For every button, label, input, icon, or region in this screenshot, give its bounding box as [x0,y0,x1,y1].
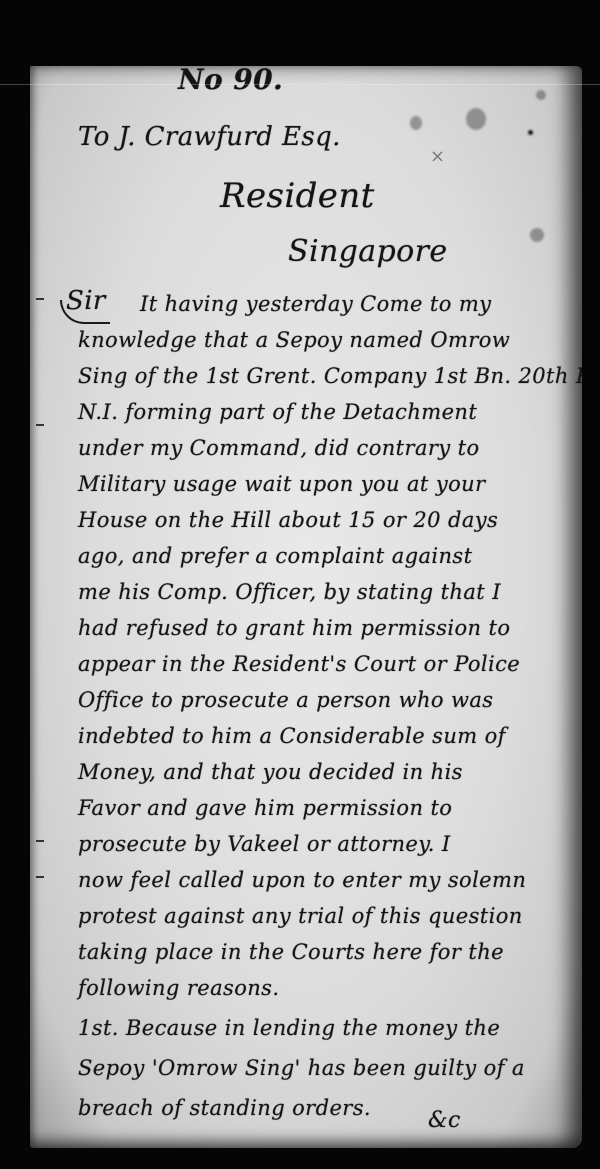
margin-tick [36,840,44,842]
body-line-19: taking place in the Courts here for the [78,940,582,964]
body-line-3: Sing of the 1st Grent. Company 1st Bn. 2… [78,364,582,388]
addressee-line: To J. Crawfurd Esq. [78,122,582,152]
body-line-6: Military usage wait upon you at your [78,472,582,496]
body-line-16: prosecute by Vakeel or attorney. I [78,832,582,856]
body-line-10: had refused to grant him permission to [78,616,582,640]
folio-number: No 90. [178,66,582,96]
body-line-2: knowledge that a Sepoy named Omrow [78,328,582,352]
margin-mark: × [430,146,445,167]
body-line-4: N.I. forming part of the Detachment [78,400,582,424]
body-line-11: appear in the Resident's Court or Police [78,652,582,676]
addressee-place: Singapore [288,234,582,269]
addressee-title: Resident [220,176,582,216]
body-line-21: 1st. Because in lending the money the [78,1016,582,1040]
body-line-7: House on the Hill about 15 or 20 days [78,508,582,532]
body-line-14: Money, and that you decided in his [78,760,582,784]
margin-tick [36,298,44,300]
body-line-9: me his Comp. Officer, by stating that I [78,580,582,604]
scan-artifact-line [0,84,600,85]
margin-tick [36,424,44,426]
body-line-8: ago, and prefer a complaint against [78,544,582,568]
body-line-1: It having yesterday Come to my [140,292,582,316]
body-line-15: Favor and gave him permission to [78,796,582,820]
body-line-12: Office to prosecute a person who was [78,688,582,712]
body-line-20: following reasons. [78,976,582,1000]
body-line-22: Sepoy 'Omrow Sing' has been guilty of a [78,1056,582,1080]
body-line-18: protest against any trial of this questi… [78,904,582,928]
body-line-17: now feel called upon to enter my solemn [78,868,582,892]
body-line-5: under my Command, did contrary to [78,436,582,460]
margin-tick [36,876,44,878]
closing-mark: &c [428,1108,582,1133]
letter-page: No 90. To J. Crawfurd Esq. × Resident Si… [30,66,582,1148]
body-line-13: indebted to him a Considerable sum of [78,724,582,748]
